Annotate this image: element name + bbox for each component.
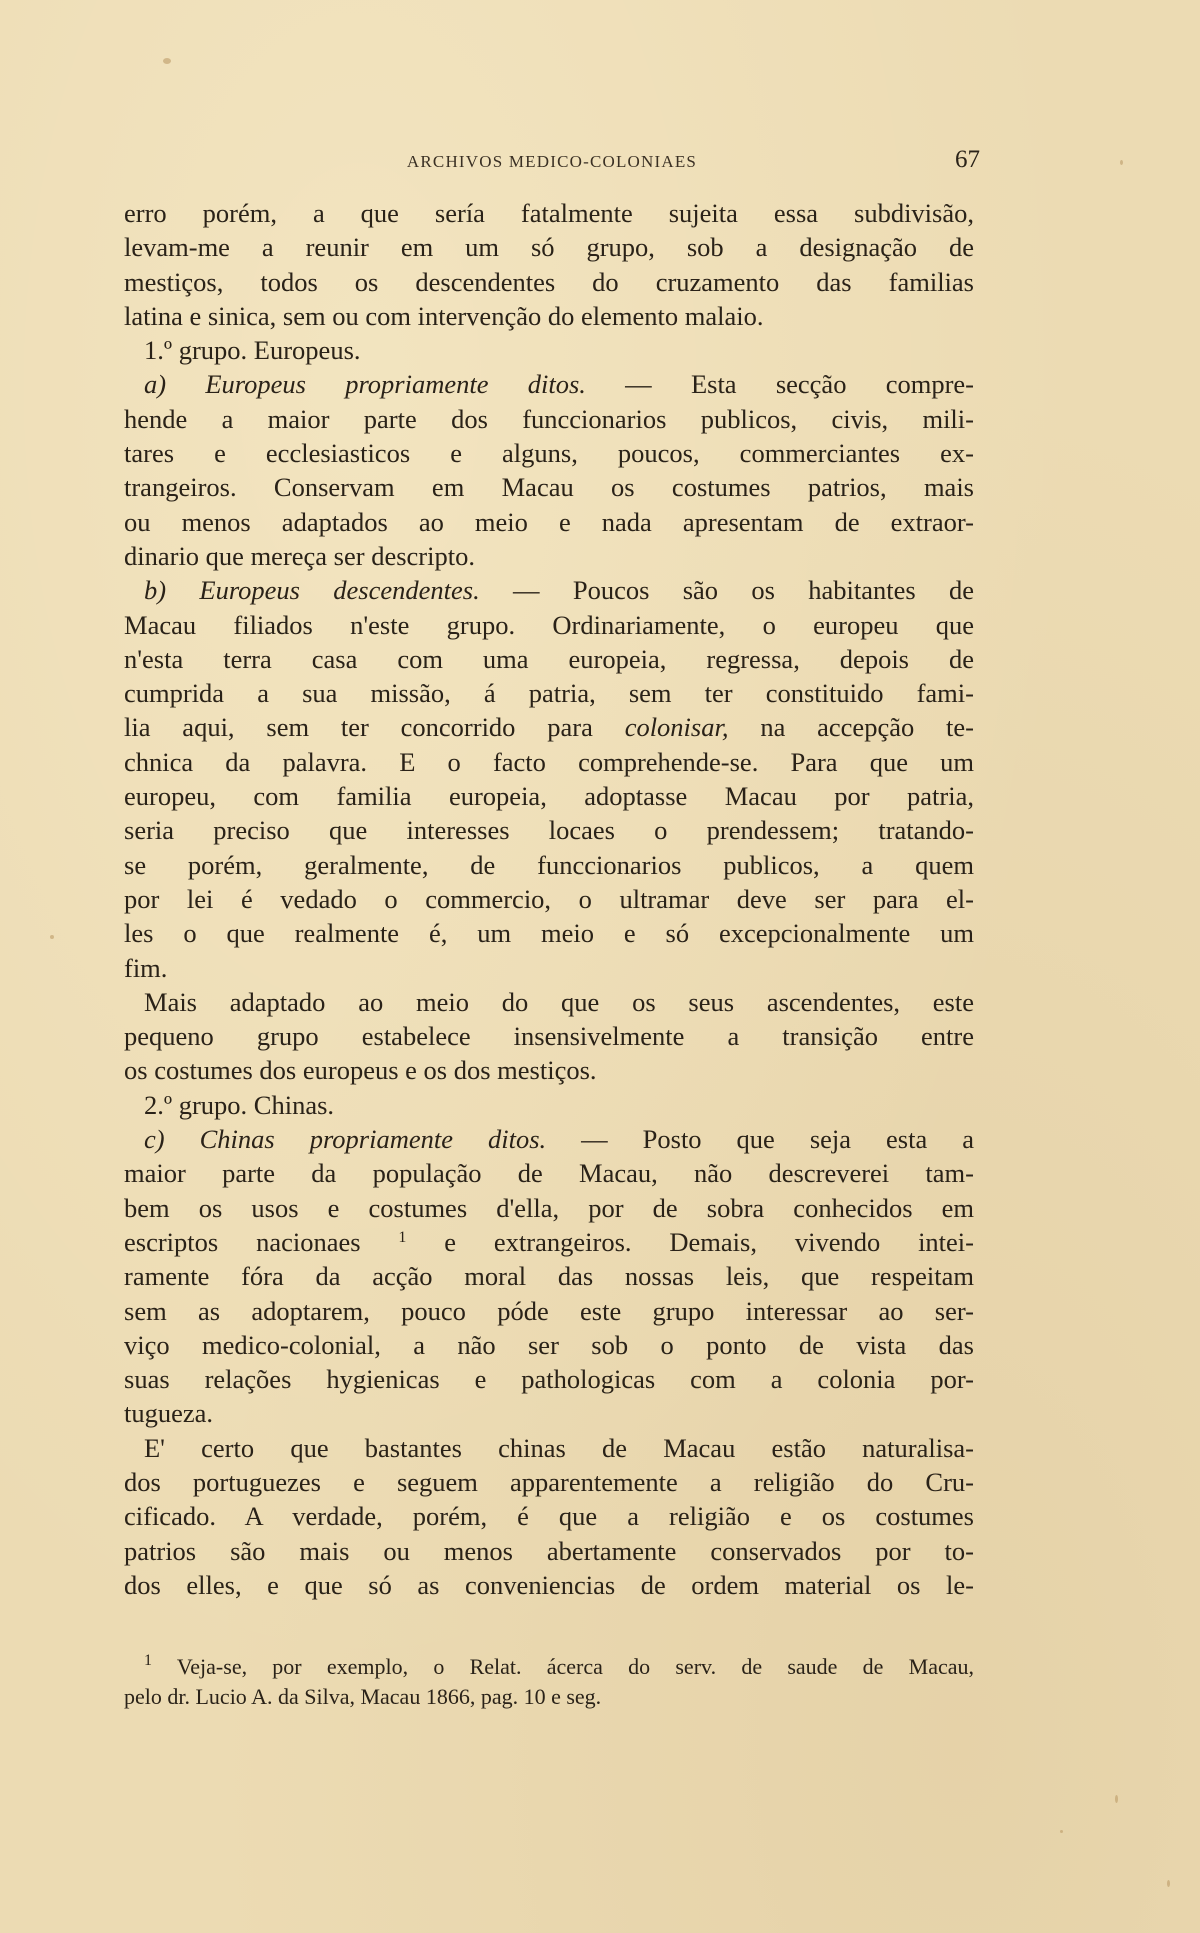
body-line: cumprida a sua missão, á patria, sem ter… [124,676,974,710]
text-segment: suas relações hygienicas e pathologicas … [124,1364,974,1394]
body-line: n'esta terra casa com uma europeia, regr… [124,642,974,676]
scanned-page: ARCHIVOS MEDICO-COLONIAES 67 erro porém,… [0,0,1200,1933]
text-segment: dinario que mereça ser descripto. [124,541,475,571]
paper-speck [163,58,171,64]
text-segment: E' certo que bastantes chinas de Macau e… [144,1433,974,1463]
text-segment: tugueza. [124,1398,213,1428]
body-line: chnica da palavra. E o facto comprehende… [124,745,974,779]
text-segment: viço medico-colonial, a não ser sob o po… [124,1330,974,1360]
body-line: a) Europeus propriamente ditos. — Esta s… [124,367,974,401]
body-line: hende a maior parte dos funccionarios pu… [124,402,974,436]
body-line: dos elles, e que só as conveniencias de … [124,1568,974,1602]
body-line: os costumes dos europeus e os dos mestiç… [124,1053,974,1087]
page-number: 67 [955,146,980,174]
text-segment: e extrangeiros. Demais, vivendo intei- [406,1227,974,1257]
text-segment: les o que realmente é, um meio e só exce… [124,918,974,948]
text-segment: trangeiros. Conservam em Macau os costum… [124,472,974,502]
text-segment: maior parte da população de Macau, não d… [124,1158,974,1188]
body-line: maior parte da população de Macau, não d… [124,1156,974,1190]
text-segment: ou menos adaptados ao meio e nada aprese… [124,507,974,537]
text-segment: lia aqui, sem ter concorrido para [124,712,625,742]
text-segment: Macau filiados n'este grupo. Ordinariame… [124,610,974,640]
text-segment: 1.º grupo. Europeus. [144,335,361,365]
body-line: por lei é vedado o commercio, o ultramar… [124,882,974,916]
text-segment: 2.º grupo. Chinas. [144,1090,334,1120]
footnotes: 1 Veja-se, por exemplo, o Relat. ácerca … [124,1652,974,1712]
paper-speck [1115,1795,1118,1803]
body-line: E' certo que bastantes chinas de Macau e… [124,1431,974,1465]
body-line: ramente fóra da acção moral das nossas l… [124,1259,974,1293]
running-title: ARCHIVOS MEDICO-COLONIAES [124,152,980,172]
text-segment: n'esta terra casa com uma europeia, regr… [124,644,974,674]
paper-speck [1120,160,1123,165]
text-segment: tares e ecclesiasticos e alguns, poucos,… [124,438,974,468]
text-segment: ramente fóra da acção moral das nossas l… [124,1261,974,1291]
text-segment: erro porém, a que sería fatalmente sujei… [124,198,974,228]
text-segment: dos portuguezes e seguem apparentemente … [124,1467,974,1497]
italic-text: colonisar, [625,712,729,742]
text-segment: latina e sinica, sem ou com intervenção … [124,301,763,331]
body-line: pequeno grupo estabelece insensivelmente… [124,1019,974,1053]
body-line: escriptos nacionaes 1 e extrangeiros. De… [124,1225,974,1259]
body-line: latina e sinica, sem ou com intervenção … [124,299,974,333]
paper-speck [50,935,54,939]
body-line: sem as adoptarem, pouco póde este grupo … [124,1294,974,1328]
text-segment: sem as adoptarem, pouco póde este grupo … [124,1296,974,1326]
paper-speck [1167,1880,1170,1887]
body-line: bem os usos e costumes d'ella, por de so… [124,1191,974,1225]
italic-text: c) Chinas propriamente ditos. [144,1124,546,1154]
text-segment: levam-me a reunir em um só grupo, sob a … [124,232,974,262]
body-line: viço medico-colonial, a não ser sob o po… [124,1328,974,1362]
body-line: 2.º grupo. Chinas. [124,1088,974,1122]
text-segment: chnica da palavra. E o facto comprehende… [124,747,974,777]
footnote-line: 1 Veja-se, por exemplo, o Relat. ácerca … [124,1652,974,1682]
body-line: lia aqui, sem ter concorrido para coloni… [124,710,974,744]
text-segment: europeu, com familia europeia, adoptasse… [124,781,974,811]
text-segment: fim. [124,953,167,983]
body-line: Mais adaptado ao meio do que os seus asc… [124,985,974,1019]
text-segment: seria preciso que interesses locaes o pr… [124,815,974,845]
body-line: suas relações hygienicas e pathologicas … [124,1362,974,1396]
text-segment: mestiços, todos os descendentes do cruza… [124,267,974,297]
body-line: cificado. A verdade, porém, é que a reli… [124,1499,974,1533]
body-line: c) Chinas propriamente ditos. — Posto qu… [124,1122,974,1156]
text-segment: Mais adaptado ao meio do que os seus asc… [144,987,974,1017]
body-text: erro porém, a que sería fatalmente sujei… [124,196,974,1602]
text-segment: bem os usos e costumes d'ella, por de so… [124,1193,974,1223]
text-segment: pelo dr. Lucio A. da Silva, Macau 1866, … [124,1684,601,1709]
text-segment: Veja-se, por exemplo, o Relat. ácerca do… [152,1654,974,1679]
body-line: seria preciso que interesses locaes o pr… [124,813,974,847]
italic-text: b) Europeus descendentes. [144,575,480,605]
text-segment: na accepção te- [729,712,975,742]
text-segment: — Poucos são os habitantes de [480,575,974,605]
body-line: levam-me a reunir em um só grupo, sob a … [124,230,974,264]
text-segment: cumprida a sua missão, á patria, sem ter… [124,678,974,708]
text-segment: — Posto que seja esta a [546,1124,974,1154]
body-line: dos portuguezes e seguem apparentemente … [124,1465,974,1499]
text-segment: cificado. A verdade, porém, é que a reli… [124,1501,974,1531]
body-line: erro porém, a que sería fatalmente sujei… [124,196,974,230]
body-line: 1.º grupo. Europeus. [124,333,974,367]
text-segment: — Esta secção compre- [586,369,974,399]
body-line: dinario que mereça ser descripto. [124,539,974,573]
body-line: se porém, geralmente, de funccionarios p… [124,848,974,882]
body-line: patrios são mais ou menos abertamente co… [124,1534,974,1568]
body-line: tugueza. [124,1396,974,1430]
text-segment: dos elles, e que só as conveniencias de … [124,1570,974,1600]
footnote-line: pelo dr. Lucio A. da Silva, Macau 1866, … [124,1682,974,1712]
body-line: mestiços, todos os descendentes do cruza… [124,265,974,299]
text-segment: se porém, geralmente, de funccionarios p… [124,850,974,880]
text-segment: os costumes dos europeus e os dos mestiç… [124,1055,597,1085]
body-line: europeu, com familia europeia, adoptasse… [124,779,974,813]
paper-speck [1060,1830,1063,1833]
italic-text: a) Europeus propriamente ditos. [144,369,586,399]
body-line: les o que realmente é, um meio e só exce… [124,916,974,950]
body-line: ou menos adaptados ao meio e nada aprese… [124,505,974,539]
body-line: fim. [124,951,974,985]
body-line: b) Europeus descendentes. — Poucos são o… [124,573,974,607]
text-segment: pequeno grupo estabelece insensivelmente… [124,1021,974,1051]
text-segment: patrios são mais ou menos abertamente co… [124,1536,974,1566]
body-line: Macau filiados n'este grupo. Ordinariame… [124,608,974,642]
running-head: ARCHIVOS MEDICO-COLONIAES 67 [124,148,980,178]
text-segment: por lei é vedado o commercio, o ultramar… [124,884,974,914]
body-line: tares e ecclesiasticos e alguns, poucos,… [124,436,974,470]
text-segment: escriptos nacionaes [124,1227,398,1257]
text-segment: hende a maior parte dos funccionarios pu… [124,404,974,434]
body-line: trangeiros. Conservam em Macau os costum… [124,470,974,504]
footnote-marker: 1 [144,1652,152,1669]
